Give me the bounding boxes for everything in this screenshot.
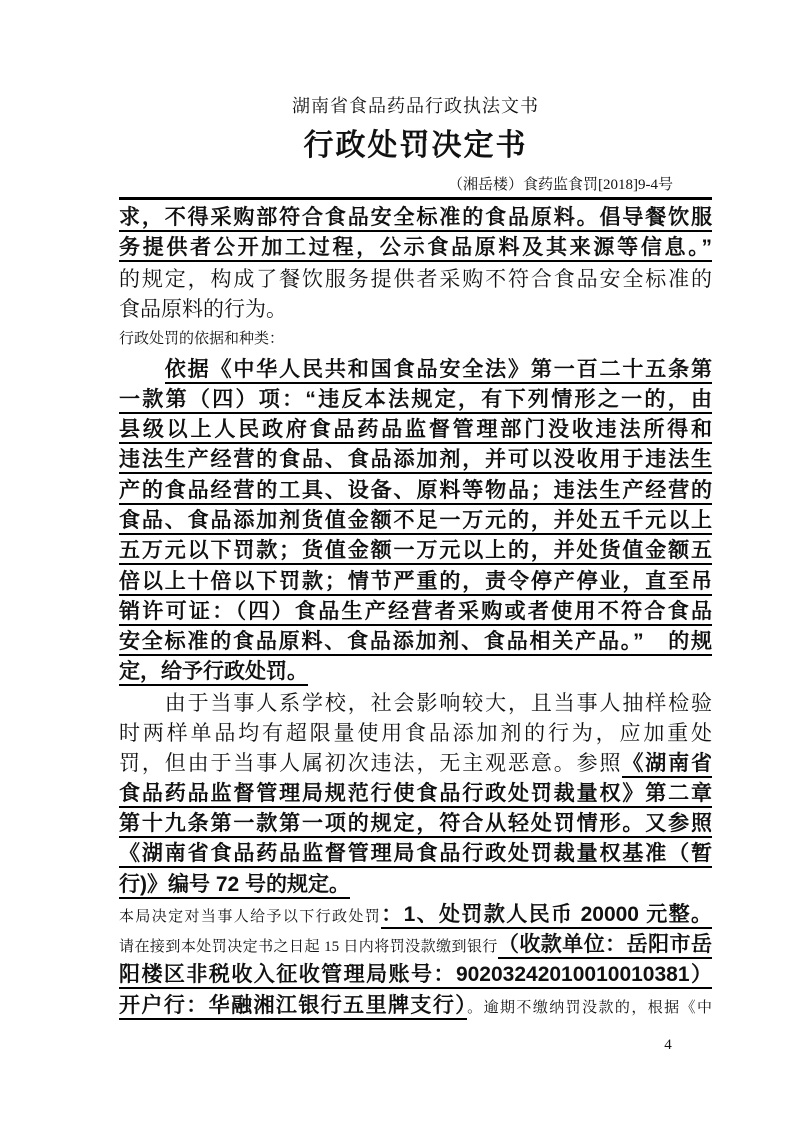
text-line: 《湖南省食品药品监督管理局食品行政处罚裁量权基准（暂 [119, 839, 712, 869]
text-line: 产的食品经营的工具、设备、原料等物品；违法生产经营的 [119, 476, 712, 506]
emphasized-underlined-text: 行)》编号 72 号的规定。 [119, 873, 350, 899]
text-line: 务提供者公开加工过程，公示食品原料及其来源等信息。” [119, 233, 712, 263]
text-line: 行)》编号 72 号的规定。 [119, 870, 712, 900]
text-line: 依据《中华人民共和国食品安全法》第一百二十五条第 [119, 354, 712, 384]
emphasized-underlined-text: 《湖南省食品药品监督管理局食品行政处罚裁量权基准（暂 [119, 842, 712, 868]
text-line: 销许可证：（四）食品生产经营者采购或者使用不符合食品 [119, 597, 712, 627]
text-line: 食品原料的行为。 [119, 294, 712, 324]
header-divider-rule [119, 197, 712, 200]
text-line: 的规定，构成了餐饮服务提供者采购不符合食品安全标准的 [119, 264, 712, 294]
text-line: 时两样单品均有超限量使用食品添加剂的行为，应加重处 [119, 718, 712, 748]
emphasized-underlined-text: 务提供者公开加工过程，公示食品原料及其来源等信息。” [119, 236, 712, 262]
small-procedural-text: 。逾期不缴纳罚没款的，根据《中 [467, 1000, 712, 1016]
emphasized-underlined-text: 五万元以下罚款；货值金额一万元以上的，并处货值金额五 [119, 539, 712, 565]
text-line: 阳楼区非税收入征收管理局账号：90203242010010010381） [119, 960, 712, 990]
text-line: 本局决定对当事人给予以下行政处罚：1、处罚款人民币 20000 元整。 [119, 900, 712, 930]
document-org-line: 湖南省食品药品行政执法文书 [119, 96, 712, 116]
text-line: 食品、食品添加剂货值金额不足一万元的，并处五千元以上 [119, 506, 712, 536]
body-text: 的规定，构成了餐饮服务提供者采购不符合食品安全标准的 [119, 267, 712, 291]
document-content: 湖南省食品药品行政执法文书 行政处罚决定书 （湘岳楼）食药监食罚[2018]9-… [119, 96, 712, 1021]
document-number: （湘岳楼）食药监食罚[2018]9-4号 [119, 176, 712, 194]
text-line: 安全标准的食品原料、食品添加剂、食品相关产品。” 的规 [119, 627, 712, 657]
text-line: 请在接到本处罚决定书之日起 15 日内将罚没款缴到银行（收款单位：岳阳市岳 [119, 930, 712, 960]
text-line: 开户行：华融湘江银行五里牌支行）。逾期不缴纳罚没款的，根据《中 [119, 991, 712, 1021]
emphasized-underlined-text: 倍以上十倍以下罚款；情节严重的，责令停产停业，直至吊 [119, 570, 712, 596]
text-line: 罚，但由于当事人属初次违法，无主观恶意。参照《湖南省 [119, 748, 712, 778]
emphasized-underlined-text: （收款单位：岳阳市岳 [498, 933, 712, 959]
text-line: 定，给予行政处罚。 [119, 657, 712, 687]
text-line: 行政处罚的依据和种类： [119, 324, 712, 354]
small-procedural-text: 行政处罚的依据和种类： [119, 331, 284, 347]
emphasized-underlined-text: 依据《中华人民共和国食品安全法》第一百二十五条第 [165, 358, 712, 384]
text-line: 一款第（四）项：“违反本法规定，有下列情形之一的，由 [119, 385, 712, 415]
emphasized-underlined-text: 一款第（四）项：“违反本法规定，有下列情形之一的，由 [119, 388, 712, 414]
text-line: 第十九条第一款第一项的规定，符合从轻处罚情形。又参照 [119, 809, 712, 839]
emphasized-underlined-text: 《湖南省 [622, 752, 712, 778]
text-line: 食品药品监督管理局规范行使食品行政处罚裁量权》第二章 [119, 779, 712, 809]
emphasized-underlined-text: 产的食品经营的工具、设备、原料等物品；违法生产经营的 [119, 479, 712, 505]
emphasized-underlined-text: ：1、处罚款人民币 20000 元整。 [381, 903, 712, 929]
body-text [119, 357, 165, 381]
document-page: 湖南省食品药品行政执法文书 行政处罚决定书 （湘岳楼）食药监食罚[2018]9-… [0, 0, 793, 1122]
emphasized-underlined-text: 阳楼区非税收入征收管理局账号：90203242010010010381） [119, 963, 712, 989]
emphasized-underlined-text: 开户行：华融湘江银行五里牌支行） [119, 994, 467, 1020]
document-title: 行政处罚决定书 [119, 128, 712, 164]
emphasized-underlined-text: 食品、食品添加剂货值金额不足一万元的，并处五千元以上 [119, 509, 712, 535]
body-lines: 求，不得采购部符合食品安全标准的食品原料。倡导餐饮服务提供者公开加工过程，公示食… [119, 203, 712, 1021]
text-line: 违法生产经营的食品、食品添加剂，并可以没收用于违法生 [119, 445, 712, 475]
emphasized-underlined-text: 第十九条第一款第一项的规定，符合从轻处罚情形。又参照 [119, 812, 712, 838]
small-procedural-text: 本局决定对当事人给予以下行政处罚 [119, 909, 381, 925]
emphasized-underlined-text: 县级以上人民政府食品药品监督管理部门没收违法所得和 [119, 418, 712, 444]
emphasized-underlined-text: 定，给予行政处罚。 [119, 660, 308, 686]
emphasized-underlined-text: 求，不得采购部符合食品安全标准的食品原料。倡导餐饮服 [119, 206, 712, 232]
emphasized-underlined-text: 销许可证：（四）食品生产经营者采购或者使用不符合食品 [119, 600, 712, 626]
body-text: 罚，但由于当事人属初次违法，无主观恶意。参照 [119, 751, 622, 775]
text-line: 县级以上人民政府食品药品监督管理部门没收违法所得和 [119, 415, 712, 445]
text-line: 由于当事人系学校，社会影响较大，且当事人抽样检验 [119, 688, 712, 718]
text-line: 倍以上十倍以下罚款；情节严重的，责令停产停业，直至吊 [119, 567, 712, 597]
page-number: 4 [655, 1036, 681, 1054]
emphasized-underlined-text: 安全标准的食品原料、食品添加剂、食品相关产品。” 的规 [119, 630, 712, 656]
text-line: 求，不得采购部符合食品安全标准的食品原料。倡导餐饮服 [119, 203, 712, 233]
emphasized-underlined-text: 食品药品监督管理局规范行使食品行政处罚裁量权》第二章 [119, 782, 712, 808]
body-text: 时两样单品均有超限量使用食品添加剂的行为，应加重处 [119, 721, 712, 745]
emphasized-underlined-text: 违法生产经营的食品、食品添加剂，并可以没收用于违法生 [119, 448, 712, 474]
small-procedural-text: 请在接到本处罚决定书之日起 15 日内将罚没款缴到银行 [119, 939, 498, 955]
text-line: 五万元以下罚款；货值金额一万元以上的，并处货值金额五 [119, 536, 712, 566]
body-text: 食品原料的行为。 [119, 297, 287, 321]
body-text: 由于当事人系学校，社会影响较大，且当事人抽样检验 [119, 691, 712, 715]
